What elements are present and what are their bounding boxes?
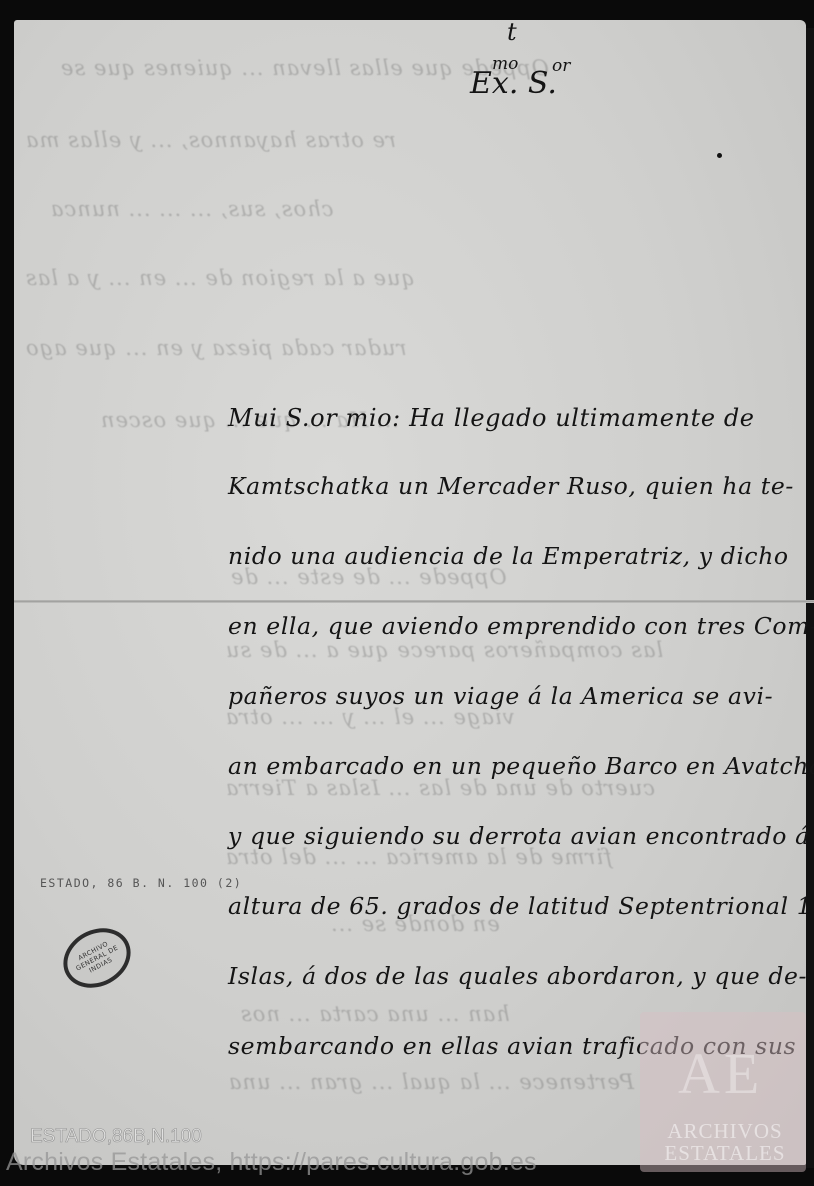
archive-reference-stamp: ESTADO, 86 B. N. 100 (2) <box>40 876 242 890</box>
brand-line-2: ESTATALES <box>650 1142 800 1164</box>
brand-line-1: ARCHIVOS <box>650 1120 800 1142</box>
scan-border <box>806 28 814 1168</box>
watermark-brand: ARCHIVOS ESTATALES <box>650 1120 800 1164</box>
body-line: Kamtschatka un Mercader Ruso, quien ha t… <box>228 472 794 500</box>
body-line: en ella, que aviendo emprendido con tres… <box>228 612 814 640</box>
bleed-line: que a la region de ... en ... y a las <box>25 266 415 290</box>
salutation-superscript-2: or <box>552 56 570 76</box>
watermark-reference-code: ESTADO,86B,N.100 <box>30 1126 202 1148</box>
bleed-line: chos, sus, ... ... ... nunca <box>50 197 333 221</box>
page-mark: t <box>507 18 517 46</box>
body-line: an embarcado en un pequeño Barco en Avat… <box>228 752 814 780</box>
page-fold-line <box>14 600 814 603</box>
manuscript-page <box>14 20 806 1165</box>
body-line: Islas, á dos de las quales abordaron, y … <box>228 962 807 990</box>
salutation-heading: Ex. S. mo or <box>470 66 557 101</box>
bleed-line: las compañeros parece que a ... de su <box>225 638 663 662</box>
ink-spot <box>717 153 722 158</box>
seal-text: ARCHIVO GENERAL DE INDIAS <box>64 933 130 983</box>
salutation-superscript-1: mo <box>492 54 518 74</box>
watermark-source-url: Archivos Estatales, https://pares.cultur… <box>6 1148 537 1177</box>
archivos-estatales-logo-icon: AE <box>678 1040 763 1107</box>
body-line: y que siguiendo su derrota avian encontr… <box>228 822 814 850</box>
body-line: altura de 65. grados de latitud Septentr… <box>228 892 814 920</box>
bleed-line: han ... una carta ... nos <box>240 1002 510 1026</box>
bleed-line: Pertenece ... la qual ... gran ... una <box>228 1070 634 1094</box>
body-line: pañeros suyos un viage á la America se a… <box>228 682 773 710</box>
bleed-line: rudar cada pieza y en ... que ago <box>25 336 407 360</box>
body-line: Mui S.or mio: Ha llegado ultimamente de <box>228 404 755 432</box>
body-line: nido una audiencia de la Emperatriz, y d… <box>228 542 789 570</box>
bleed-line: re otras hayannos, ... y ellas ma <box>25 128 396 152</box>
